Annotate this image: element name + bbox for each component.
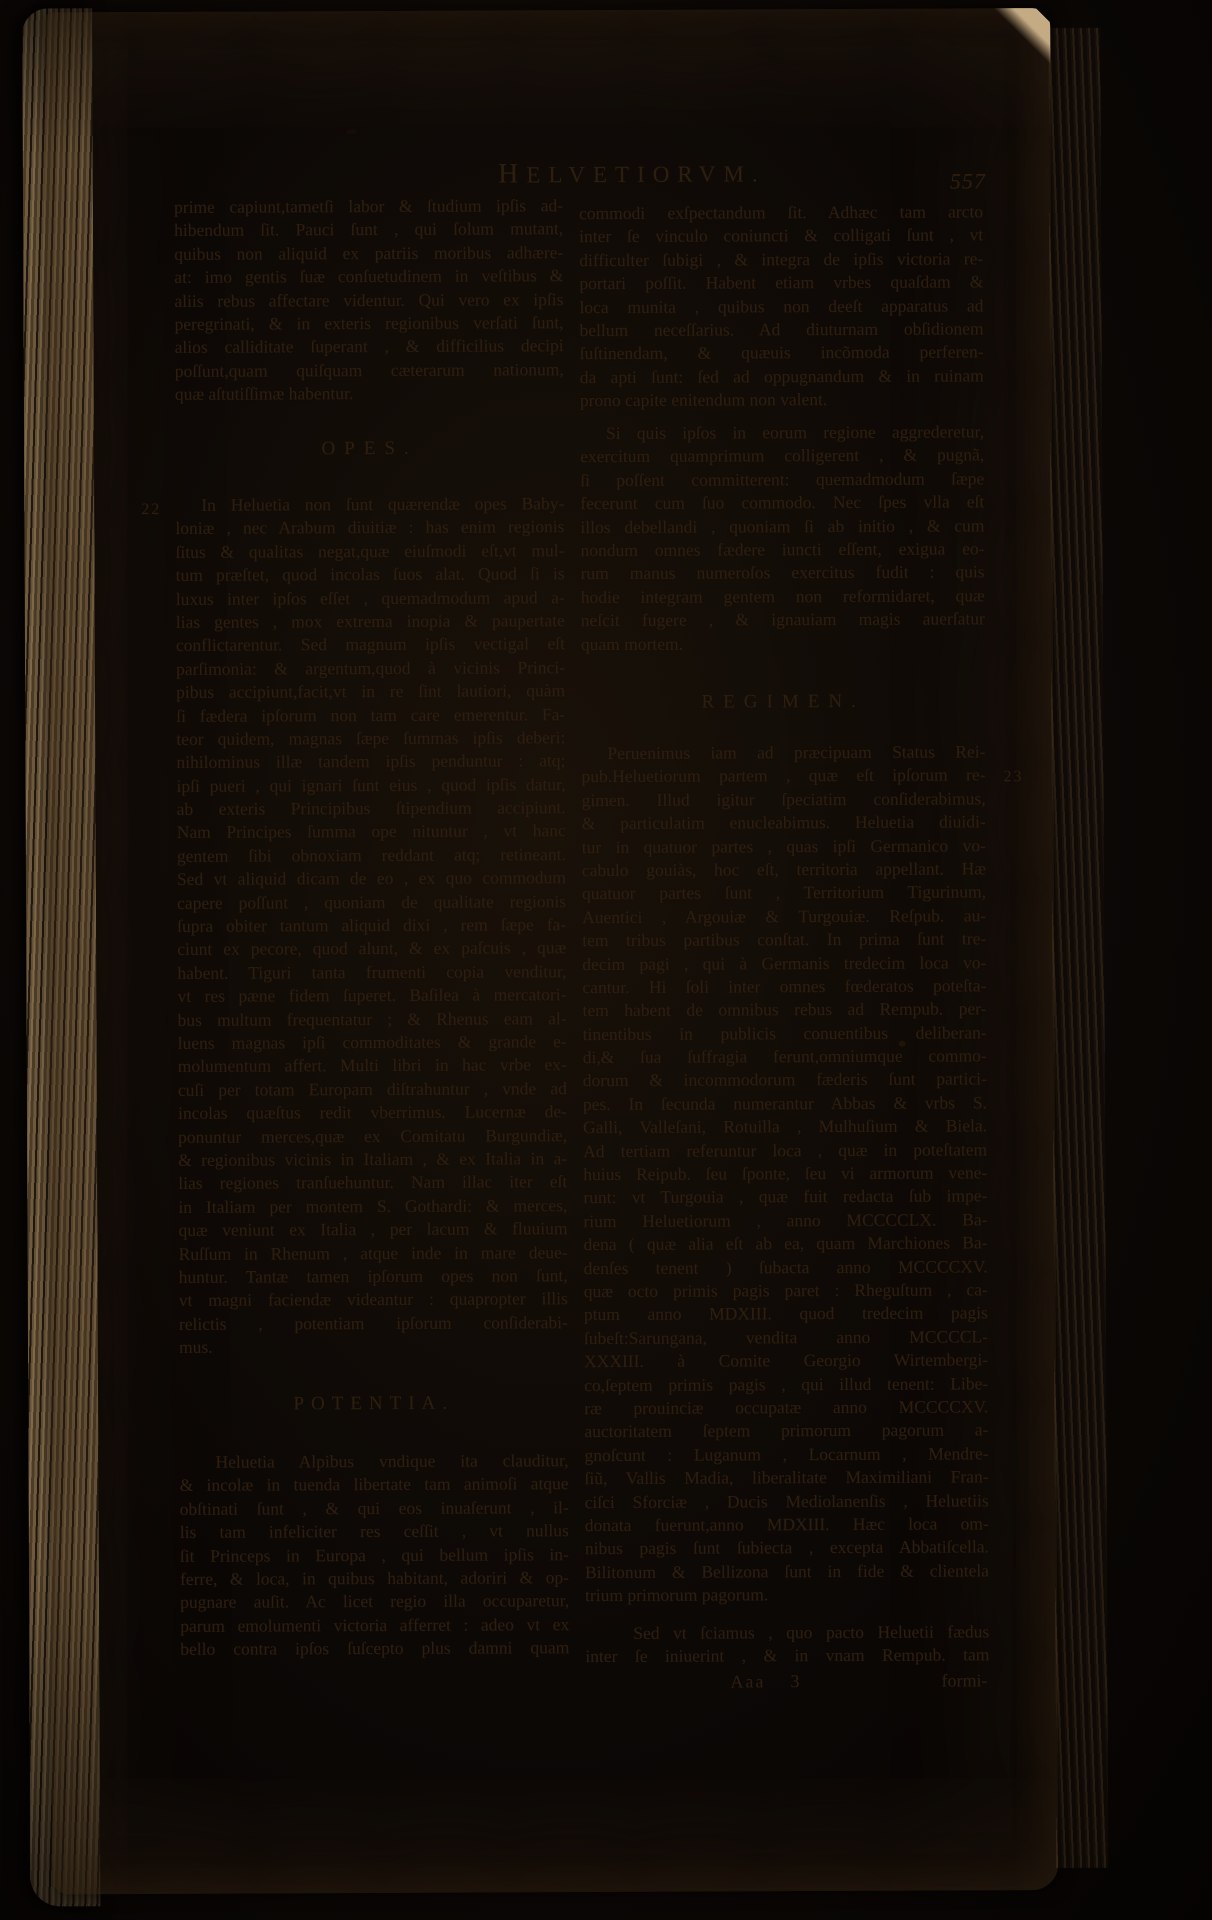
text-line: Ad tertiam referuntur loca , quæ in pote… [583, 1138, 987, 1163]
text-line: vt magni faciendæ videantur : quapropter… [179, 1287, 568, 1312]
text-line: lias regiones tranſuehuntur. Nam illac i… [178, 1170, 567, 1195]
right-column-paragraph-2: Si quis ipſos in eorum regione aggredere… [580, 420, 985, 656]
book-page-edges-right [1048, 28, 1108, 1868]
text-line: auctoritatem ſeptem primorum pagorum a- [584, 1419, 988, 1444]
section-heading-opes: OPES. [175, 437, 564, 461]
text-line: luxus inter ipſos eſſet , quemadmodum ap… [176, 586, 565, 611]
text-line: dena ( quæ alia eſt ab ea, quam Marchion… [583, 1232, 987, 1257]
text-line: commodi exſpectandum ſit. Adhæc tam arct… [579, 200, 983, 225]
closing-paragraph: Sed vt ſciamus , quo pacto Heluetii fædu… [585, 1620, 989, 1669]
section-heading-potentia: POTENTIA. [179, 1392, 568, 1416]
text-line: quatuor partes ſunt , Territorium Tiguri… [582, 881, 986, 906]
text-line: lis tam infeliciter res ceſſit , vt null… [180, 1519, 569, 1544]
text-line: pibus accipiunt,facit,vt in re ſint laut… [176, 679, 565, 704]
text-line: di,& ſua ſuffragia ferunt,omniumque comm… [583, 1044, 987, 1069]
text-line: cuſi per totam Europam diſtrahuntur , vn… [178, 1077, 567, 1102]
running-head: HELVETIORVM. [498, 157, 766, 190]
margin-number-23: 23 [1003, 768, 1023, 786]
text-line: ſuſtinendam, & quæuis incõmoda perferen- [580, 341, 984, 366]
text-line: In Heluetia non ſunt quærendæ opes Baby- [175, 492, 564, 517]
text-line: aliis rebus affectare videntur. Qui vero… [174, 288, 563, 313]
text-line: Bilitonum & Bellizona ſunt in fide & cli… [585, 1559, 989, 1584]
text-line: Heluetia Alpibus vndique ita clauditur, [179, 1449, 568, 1474]
text-line: quibus non aliquid ex patriis moribus ad… [174, 241, 563, 266]
regimen-paragraph: Peruenimus iam ad præcipuam Status Rei-p… [581, 740, 989, 1607]
text-line: alios calliditate ſuperant , & difficili… [175, 334, 564, 359]
text-line: nihilominus illæ tandem ipſis penduntur … [176, 749, 565, 774]
text-line: teor quidem, magnas ſæpe ſummas ipſis de… [176, 726, 565, 751]
text-line: Galli, Valleſani, Rotuilla , Mulhuſium &… [583, 1115, 987, 1140]
text-line: trium primorum pagorum. [585, 1582, 989, 1607]
right-column-paragraph-1: commodi exſpectandum ſit. Adhæc tam arct… [579, 200, 984, 412]
text-line: fecerunt cum ſuo commodo. Nec ſpes vlla … [580, 490, 984, 515]
text-line: co,ſeptem primis pagis , qui illud tenen… [584, 1372, 988, 1397]
text-line: & particulatim enucleabimus. Heluetia di… [582, 810, 986, 835]
text-line: prime capiunt,tametſi labor & ſtudium ip… [174, 194, 563, 219]
text-line: ponuntur merces,quæ ex Comitatu Burgundi… [178, 1124, 567, 1149]
text-line: Ruſſum in Rhenum , atque inde in mare de… [178, 1241, 567, 1266]
text-line: rium Heluetiorum , anno MCCCCLX. Ba- [583, 1208, 987, 1233]
text-line: quæ octo primis pagis paret : Rheguſtum … [584, 1278, 988, 1303]
text-line: in Italiam per montem S. Gothardi: & mer… [178, 1194, 567, 1219]
text-line: ferre, & loca, in quibus habitant, adori… [180, 1566, 569, 1591]
text-line: luens magnas ipſi commoditates & grande … [178, 1030, 567, 1055]
text-line: hodie integram gentem non reformidaret, … [581, 584, 985, 609]
text-line: rum manus numeroſos exercitus fudit : qu… [581, 561, 985, 586]
text-line: habent. Tiguri tanta frumenti copia vend… [177, 960, 566, 985]
opes-paragraph-wrap: 22 In Heluetia non ſunt quærendæ opes Ba… [175, 492, 568, 1359]
text-line: ſiũ, Vallis Madia, liberalitate Maximili… [584, 1465, 988, 1490]
text-line: ciſci Sforciæ , Ducis Mediolanenſis , He… [585, 1489, 989, 1514]
margin-number-22: 22 [141, 501, 161, 519]
text-line: XXXIII. à Comite Georgio Wirtembergi- [584, 1348, 988, 1373]
text-line: ciunt ex pecore, quod alunt, & ex paſcui… [177, 937, 566, 962]
text-line: quæ veniunt ex Italia , per lacum & fluu… [178, 1217, 567, 1242]
regimen-paragraph-wrap: 23 Peruenimus iam ad præcipuam Status Re… [581, 740, 989, 1607]
text-line: illos debellandi , quoniam ſi ab initio … [580, 514, 984, 539]
text-line: ipſi pueri , qui ignari ſunt eius , quod… [176, 773, 565, 798]
text-line: tem habent de omnibus rebus ad Rempub. p… [582, 998, 986, 1023]
text-line: Sed vt ſciamus , quo pacto Heluetii fædu… [585, 1620, 989, 1645]
text-line: Sed vt aliquid dicam de eo , ex quo comm… [177, 866, 566, 891]
text-line: ptum anno MDXIII. quod tredecim pagis [584, 1302, 988, 1327]
text-line: ſit Princeps in Europa , qui bellum ipſi… [180, 1543, 569, 1568]
text-line: dorum & incommodorum fæderis ſunt partic… [583, 1068, 987, 1093]
text-line: gentem ſibi obnoxiam reddant atq; retine… [177, 843, 566, 868]
text-line: & regionibus vicinis in Italiam , & ex I… [178, 1147, 567, 1172]
text-line: prono capite enitendum non valent. [580, 387, 984, 412]
text-line: runt: vt Turgouia , quæ fuit redacta ſub… [583, 1185, 987, 1210]
text-line: lias gentes , mox extrema inopia & paupe… [176, 609, 565, 634]
page-number: 557 [950, 168, 986, 194]
text-line: portari poſſit. Habent etiam vrbes quaſd… [579, 270, 983, 295]
text-line: hibendum ſit. Pauci ſunt , qui ſolum mut… [174, 218, 563, 243]
text-line: Nam Principes ſumma ope nituntur , vt ha… [177, 820, 566, 845]
text-line: bellum neceſſarius. Ad diuturnam obſidio… [579, 317, 983, 342]
text-line: bello contra ipſos ſuſcepto plus damni q… [180, 1636, 569, 1661]
text-line: da apti ſunt: ſed ad oppugnandum & in ru… [580, 364, 984, 389]
text-line: loniæ , nec Arabum diuitiæ : has enim re… [175, 516, 564, 541]
book-page-group: HELVETIORVM. 557 prime capiunt,tametſi l… [0, 0, 1212, 1920]
text-line: denſes tenent ) ſubacta anno MCCCCXV. [584, 1255, 988, 1280]
text-line: pugnare auſit. Ac licet regio illa occup… [180, 1589, 569, 1614]
text-line: tem tribus partibus conſtat. In prima ſu… [582, 927, 986, 952]
text-line: poſſunt,quam quiſquam cæterarum nationum… [175, 358, 564, 383]
text-line: ſitus & qualitas negat,quæ eiuſmodi eſt,… [175, 539, 564, 564]
text-line: donata fuerunt,anno MDXIII. Hæc loca om- [585, 1512, 989, 1537]
text-line: ſupra obiter tantum aliquid dixi , rem ſ… [177, 913, 566, 938]
text-line: huius Reipub. ſeu ſponte, ſeu vi armorum… [583, 1161, 987, 1186]
text-line: bus multum frequentatur ; & Rhenus eam a… [177, 1007, 566, 1032]
text-line: cabulo gouiàs, hoc eſt, territoria appel… [582, 857, 986, 882]
text-line: exercitum quamprimum colligerent , & pug… [580, 444, 984, 469]
text-line: mus. [179, 1334, 568, 1359]
signature-leaf: 3 [790, 1671, 799, 1692]
text-line: neſcit fugere , & ignauiam magis auerſat… [581, 607, 985, 632]
page-corner-fold [976, 8, 1050, 72]
text-line: ſubeſt:Sarungana, vendita anno MCCCCL- [584, 1325, 988, 1350]
text-line: inter ſe iniuerint , & in vnam Rempub. t… [585, 1644, 989, 1669]
text-line: & incolæ in tuenda libertate tam animoſi… [180, 1473, 569, 1498]
text-line: quæ aſtutiſſimæ habentur. [175, 381, 564, 406]
text-line: conflictarentur. Sed magnum ipſis vectig… [176, 632, 565, 657]
text-line: obſtinati ſunt , & qui eos inuaſerunt , … [180, 1496, 569, 1521]
text-line: ab exteris Principibus ſtipendium accipi… [177, 796, 566, 821]
text-line: Peruenimus iam ad præcipuam Status Rei- [581, 740, 985, 765]
text-line: parſimonia: & argentum,quod à vicinis Pr… [176, 656, 565, 681]
text-line: incolas quæſtus redit vberrimus. Lucernæ… [178, 1100, 567, 1125]
text-line: Auentici , Argouiæ & Turgouiæ. Reſpub. a… [582, 904, 986, 929]
text-line: pub.Heluetiorum partem , quæ eſt ipſorum… [581, 764, 985, 789]
signature-gathering: Aaa [730, 1671, 765, 1692]
text-line: relictis , potentiam ipſorum conſiderabi… [179, 1311, 568, 1336]
opes-paragraph: In Heluetia non ſunt quærendæ opes Baby-… [175, 492, 568, 1359]
text-line: quam mortem. [581, 631, 985, 656]
text-line: decim pagi , qui à Germanis tredecim loc… [582, 951, 986, 976]
text-line: pes. In ſecunda numerantur Abbas & vrbs … [583, 1091, 987, 1116]
text-line: huntur. Tantæ tamen ipſorum opes non ſun… [179, 1264, 568, 1289]
potentia-paragraph: Heluetia Alpibus vndique ita clauditur,&… [179, 1449, 569, 1661]
text-line: inter ſe vinculo coniuncti & colligati ſ… [579, 224, 983, 249]
ink-spot [347, 129, 357, 134]
text-line: capere poſſunt , quoniam de qualitate re… [177, 890, 566, 915]
text-line: nondum omnes fædere iuncti eſſent, exigu… [580, 537, 984, 562]
text-line: ſi poſſent committerent: quemadmodum ſæp… [580, 467, 984, 492]
text-line: difficulter ſubigi , & integra de ipſis … [579, 247, 983, 272]
text-line: loca munita , quibus non deeſt apparatus… [579, 294, 983, 319]
text-line: Si quis ipſos in eorum regione aggredere… [580, 420, 984, 445]
left-column-paragraph-1: prime capiunt,tametſi labor & ſtudium ip… [174, 194, 564, 406]
text-line: tinentibus in publicis conuentibus delib… [583, 1021, 987, 1046]
text-line: nibus pagis ſunt ſubiecta , excepta Abba… [585, 1536, 989, 1561]
text-line: vt res pæne fidem ſuperet. Baſilea à mer… [177, 983, 566, 1008]
text-line: gnoſcunt : Luganum , Locarnum , Mendre- [584, 1442, 988, 1467]
text-line: gimen. Illud igitur ſpeciatim conſiderab… [582, 787, 986, 812]
text-line: tum præſtet, quod incolas ſuos alat. Quo… [176, 562, 565, 587]
text-line: molumentum affert. Multi libri in hac vr… [178, 1054, 567, 1079]
section-heading-regimen: REGIMEN. [581, 690, 985, 714]
text-line: cantur. Hi ſoli inter omnes fœderatos po… [582, 974, 986, 999]
photo-background: HELVETIORVM. 557 prime capiunt,tametſi l… [0, 0, 1212, 1920]
text-line: at: imo gentis ſuæ conſuetudinem in veſt… [174, 264, 563, 289]
text-line: ſi fædera ipſorum non tam care emerentur… [176, 703, 565, 728]
signature-row: Aaa 3 formi- [585, 1670, 989, 1696]
text-line: ræ prouinciæ occupatæ anno MCCCCXV. [584, 1395, 988, 1420]
text-line: tur in quatuor partes , quas ipſi German… [582, 834, 986, 859]
catchword: formi- [941, 1670, 987, 1691]
text-line: peregrinati, & in exteris regionibus ver… [174, 311, 563, 336]
text-line: parum emolumenti victoria afferret : ade… [180, 1613, 569, 1638]
